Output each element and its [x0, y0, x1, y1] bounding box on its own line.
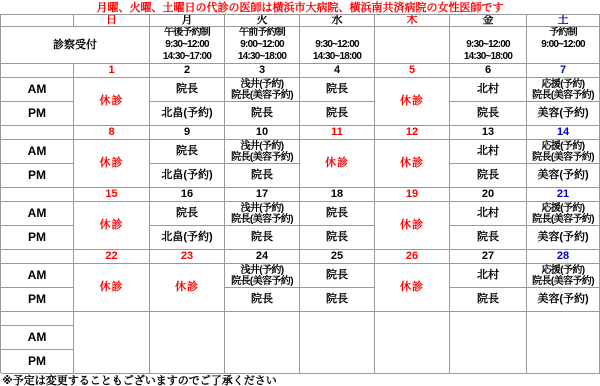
am-label: AM — [1, 264, 74, 288]
date-cell: 20 — [450, 188, 527, 202]
am-label: AM — [1, 202, 74, 226]
pm-cell-fri: 院長 — [450, 226, 527, 250]
pm-cell-tue: 院長 — [225, 102, 300, 126]
pm-cell-mon: 北畠(予約) — [150, 164, 225, 188]
reception-hours-thu — [375, 27, 450, 64]
doctor-line: 院長(美容予約) — [532, 276, 594, 287]
date-cell: 17 — [225, 188, 300, 202]
am-label: AM — [1, 326, 74, 350]
doctor-line: 浅井(予約) — [240, 265, 283, 276]
doctor-line: 院長(美容予約) — [231, 152, 293, 163]
date-cell: 8 — [74, 126, 150, 140]
pm-label: PM — [1, 350, 74, 374]
empty-day-cell-thu — [375, 312, 450, 374]
reception-line: 9:00~12:00 — [541, 39, 584, 51]
empty-day-cell-fri — [450, 312, 527, 374]
doctor-line: 浅井(予約) — [240, 79, 283, 90]
date-cell: 11 — [300, 126, 375, 140]
pm-cell-mon: 北畠(予約) — [150, 226, 225, 250]
doctor-line: 応援(予約) — [541, 141, 584, 152]
empty-day-cell-mon — [150, 312, 225, 374]
closed-cell-sun: 休診 — [74, 202, 150, 250]
date-cell: 18 — [300, 188, 375, 202]
doctor-line: 院長(美容予約) — [532, 152, 594, 163]
am-cell-wed: 院長 — [300, 78, 375, 102]
am-cell-fri: 北村 — [450, 140, 527, 164]
am-cell-sat: 応援(予約) 院長(美容予約) — [527, 202, 600, 226]
pm-cell-sat: 美容(予約) — [527, 164, 600, 188]
day-header-tue: 火 — [225, 15, 300, 27]
am-cell-mon: 院長 — [150, 140, 225, 164]
date-cell: 24 — [225, 250, 300, 264]
pm-label: PM — [1, 102, 74, 126]
date-cell: 5 — [375, 64, 450, 78]
date-cell: 25 — [300, 250, 375, 264]
date-cell: 7 — [527, 64, 600, 78]
date-cell: 16 — [150, 188, 225, 202]
date-cell: 10 — [225, 126, 300, 140]
date-cell: 6 — [450, 64, 527, 78]
date-cell: 28 — [527, 250, 600, 264]
reception-hours-fri: 9:30~12:00 14:30~18:00 — [450, 27, 527, 64]
closed-cell-thu: 休診 — [375, 202, 450, 250]
pm-cell-sat: 美容(予約) — [527, 288, 600, 312]
am-cell-fri: 北村 — [450, 202, 527, 226]
doctor-line: 院長(美容予約) — [231, 276, 293, 287]
closed-cell-thu: 休診 — [375, 264, 450, 312]
reception-line: 9:30~12:00 — [315, 39, 358, 51]
empty-day-cell-wed — [300, 312, 375, 374]
am-label: AM — [1, 78, 74, 102]
reception-line: 午後予約制 — [164, 27, 210, 39]
reception-line: 14:30~18:00 — [238, 51, 286, 63]
pm-cell-fri: 院長 — [450, 102, 527, 126]
reception-line: 14:30~18:00 — [464, 51, 512, 63]
pm-cell-sat: 美容(予約) — [527, 226, 600, 250]
closed-cell-thu: 休診 — [375, 78, 450, 126]
am-cell-tue: 浅井(予約) 院長(美容予約) — [225, 202, 300, 226]
day-header-mon: 月 — [150, 15, 225, 27]
reception-line: 9:00~12:00 — [240, 39, 283, 51]
am-cell-tue: 浅井(予約) 院長(美容予約) — [225, 78, 300, 102]
reception-line: 9:30~12:00 — [466, 39, 509, 51]
notice-title: 月曜、火曜、土曜日の代診の医師は横浜市大病院、横浜南共済病院の女性医師です — [0, 0, 600, 14]
am-cell-sat: 応援(予約) 院長(美容予約) — [527, 78, 600, 102]
date-cell: 22 — [74, 250, 150, 264]
day-header-thu: 木 — [375, 15, 450, 27]
pm-cell-wed: 院長 — [300, 226, 375, 250]
week-left-spacer — [1, 64, 74, 78]
corner-cell — [1, 15, 74, 27]
doctor-line: 浅井(予約) — [240, 203, 283, 214]
reception-line: 午前予約制 — [239, 27, 285, 39]
pm-cell-wed: 院長 — [300, 102, 375, 126]
date-cell: 13 — [450, 126, 527, 140]
am-cell-wed: 院長 — [300, 202, 375, 226]
pm-cell-tue: 院長 — [225, 164, 300, 188]
am-cell-tue: 浅井(予約) 院長(美容予約) — [225, 264, 300, 288]
closed-cell-wed: 休診 — [300, 140, 375, 188]
doctor-line: 浅井(予約) — [240, 141, 283, 152]
pm-cell-mon: 北畠(予約) — [150, 102, 225, 126]
day-header-fri: 金 — [450, 15, 527, 27]
doctor-line: 院長(美容予約) — [532, 214, 594, 225]
closed-cell-mon: 休診 — [150, 264, 225, 312]
reception-line: 9:30~12:00 — [165, 39, 208, 51]
date-cell: 19 — [375, 188, 450, 202]
closed-cell-sun: 休診 — [74, 78, 150, 126]
doctor-line: 応援(予約) — [541, 79, 584, 90]
week-left-spacer — [1, 188, 74, 202]
closed-cell-sun: 休診 — [74, 140, 150, 188]
pm-cell-fri: 院長 — [450, 164, 527, 188]
am-cell-sat: 応援(予約) 院長(美容予約) — [527, 140, 600, 164]
schedule-table: 日 月 火 水 木 金 土 診察受付 午後予約制 9:30~12:00 14:3… — [0, 14, 600, 373]
doctor-line: 院長(美容予約) — [231, 90, 293, 101]
pm-label: PM — [1, 164, 74, 188]
date-cell: 3 — [225, 64, 300, 78]
reception-line: 14:30~17:00 — [163, 51, 211, 63]
reception-line: 予約制 — [549, 27, 577, 39]
empty-day-cell-tue — [225, 312, 300, 374]
reception-label: 診察受付 — [1, 27, 150, 64]
closed-cell-thu: 休診 — [375, 140, 450, 188]
date-cell: 9 — [150, 126, 225, 140]
reception-hours-tue: 午前予約制 9:00~12:00 14:30~18:00 — [225, 27, 300, 64]
date-cell: 2 — [150, 64, 225, 78]
date-cell: 26 — [375, 250, 450, 264]
day-header-sat: 土 — [527, 15, 600, 27]
pm-cell-wed: 院長 — [300, 288, 375, 312]
doctor-line: 院長(美容予約) — [532, 90, 594, 101]
date-cell: 15 — [74, 188, 150, 202]
am-cell-mon: 院長 — [150, 202, 225, 226]
date-cell: 27 — [450, 250, 527, 264]
am-cell-sat: 応援(予約) 院長(美容予約) — [527, 264, 600, 288]
am-cell-fri: 北村 — [450, 78, 527, 102]
doctor-line: 応援(予約) — [541, 203, 584, 214]
date-cell: 1 — [74, 64, 150, 78]
reception-hours-mon: 午後予約制 9:30~12:00 14:30~17:00 — [150, 27, 225, 64]
reception-hours-sat: 予約制 9:00~12:00 — [527, 27, 600, 64]
pm-cell-fri: 院長 — [450, 288, 527, 312]
am-cell-wed: 院長 — [300, 264, 375, 288]
date-cell: 23 — [150, 250, 225, 264]
date-cell: 4 — [300, 64, 375, 78]
week-left-spacer — [1, 312, 74, 326]
empty-day-cell-sun — [74, 312, 150, 374]
reception-hours-wed: 9:30~12:00 14:30~18:00 — [300, 27, 375, 64]
date-cell: 21 — [527, 188, 600, 202]
day-header-sun: 日 — [74, 15, 150, 27]
empty-day-cell-sat — [527, 312, 600, 374]
pm-label: PM — [1, 288, 74, 312]
day-header-wed: 水 — [300, 15, 375, 27]
doctor-line: 院長(美容予約) — [231, 214, 293, 225]
date-cell: 12 — [375, 126, 450, 140]
pm-label: PM — [1, 226, 74, 250]
footer-note: ※予定は変更することもございますのでご了承ください — [0, 373, 600, 386]
doctor-line: 応援(予約) — [541, 265, 584, 276]
date-cell: 14 — [527, 126, 600, 140]
am-cell-tue: 浅井(予約) 院長(美容予約) — [225, 140, 300, 164]
closed-cell-sun: 休診 — [74, 264, 150, 312]
schedule-sheet: 月曜、火曜、土曜日の代診の医師は横浜市大病院、横浜南共済病院の女性医師です 日 … — [0, 0, 600, 386]
pm-cell-tue: 院長 — [225, 226, 300, 250]
am-label: AM — [1, 140, 74, 164]
pm-cell-sat: 美容(予約) — [527, 102, 600, 126]
pm-cell-tue: 院長 — [225, 288, 300, 312]
am-cell-mon: 院長 — [150, 78, 225, 102]
week-left-spacer — [1, 126, 74, 140]
week-left-spacer — [1, 250, 74, 264]
am-cell-fri: 北村 — [450, 264, 527, 288]
reception-line: 14:30~18:00 — [313, 51, 361, 63]
